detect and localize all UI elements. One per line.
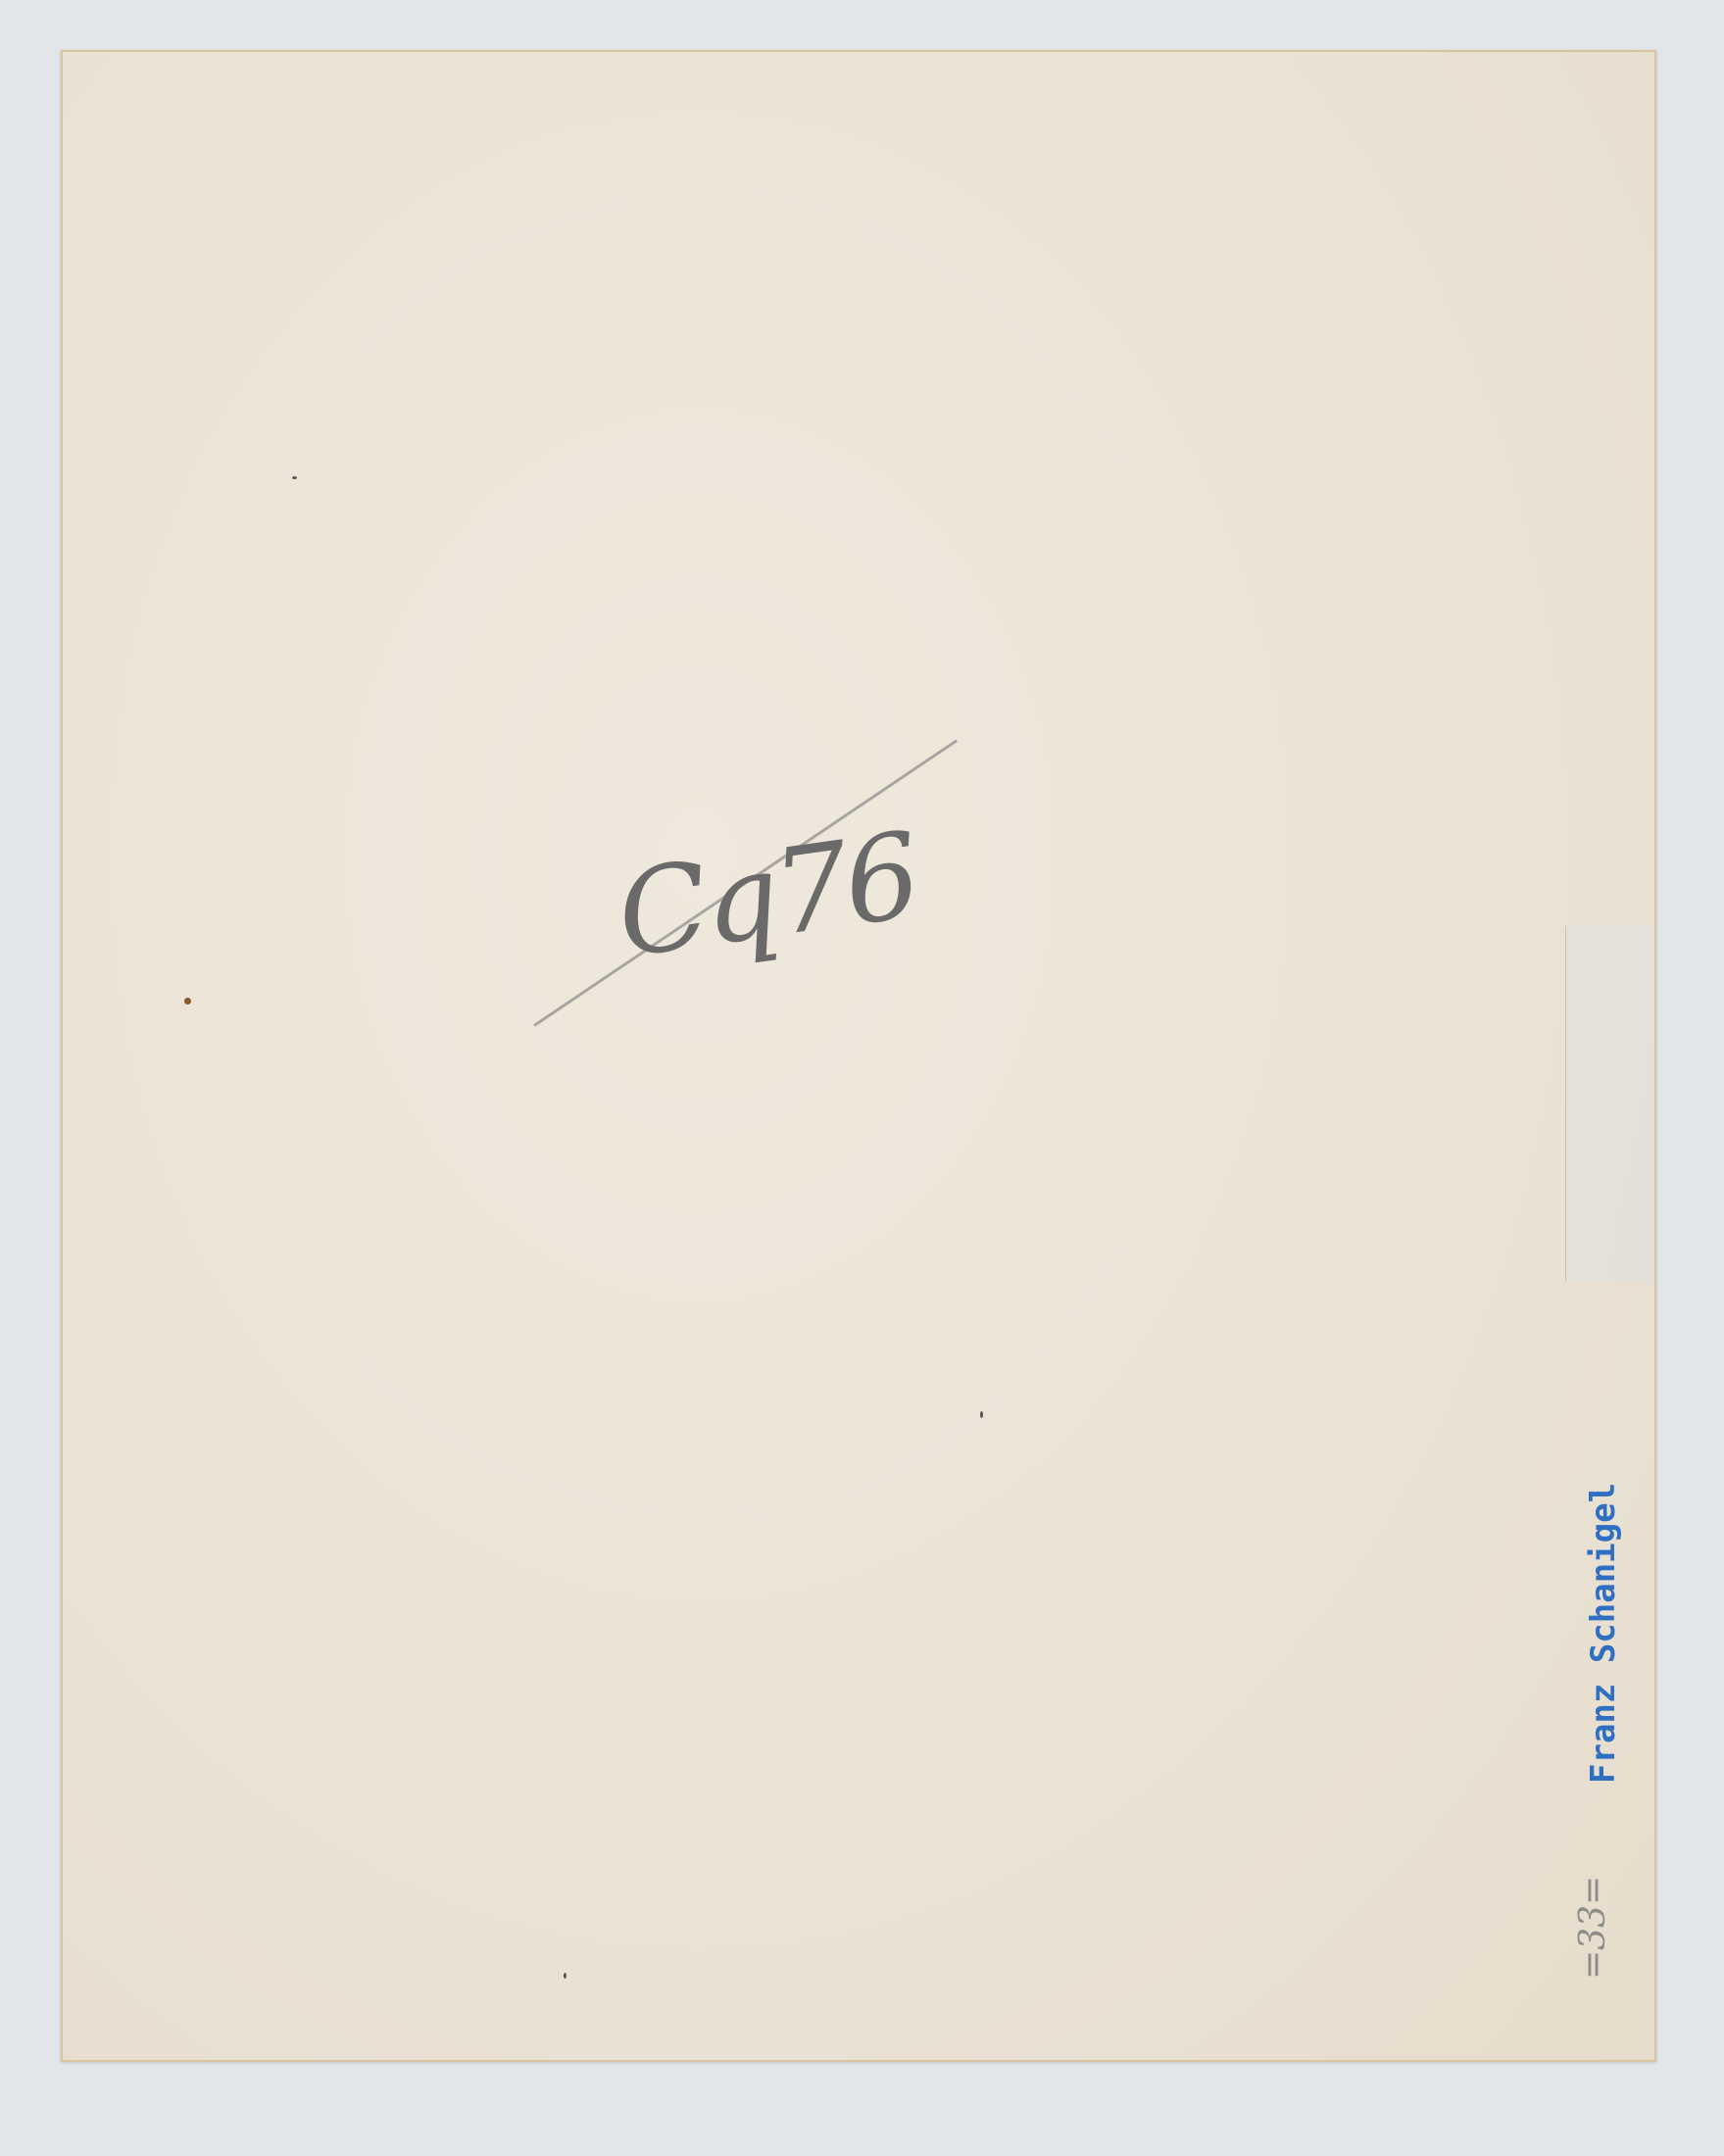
foxing-spot — [184, 998, 191, 1004]
foxing-spot — [564, 1973, 566, 1979]
adhesive-tape-remnant — [1565, 926, 1654, 1281]
foxing-spot — [292, 476, 297, 479]
pencil-number: =33= — [1573, 1876, 1613, 1980]
paper-card-verso — [61, 50, 1656, 2062]
foxing-spot — [980, 1411, 983, 1418]
collector-stamp: Franz Schanigel — [1584, 1483, 1623, 1784]
